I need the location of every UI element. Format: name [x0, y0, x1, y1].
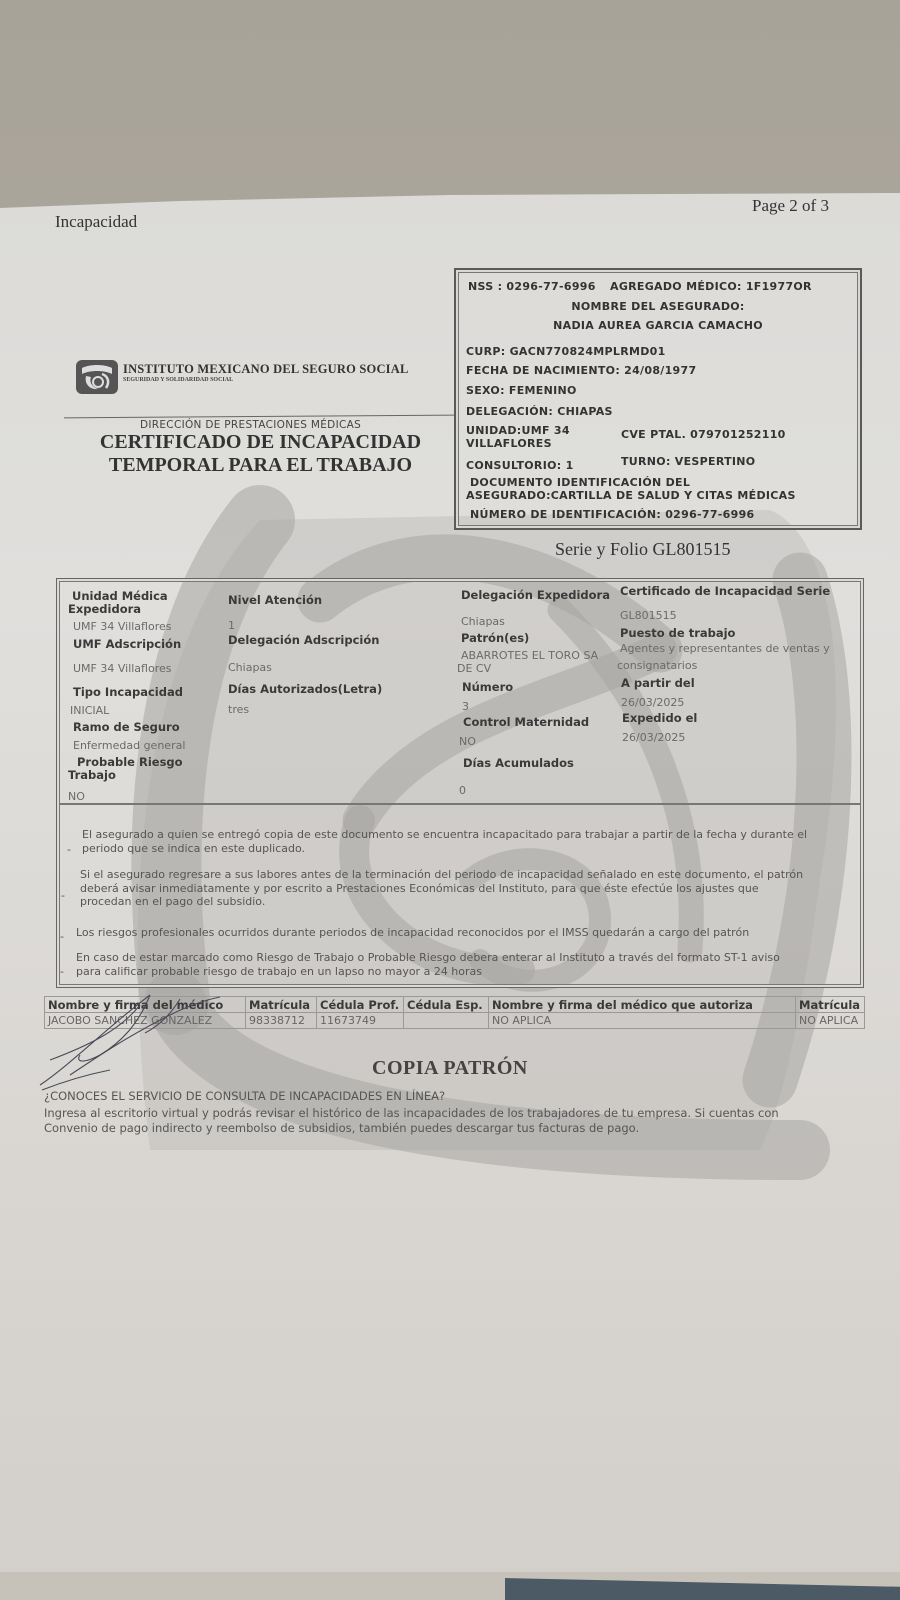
expedido-label: Expedido el	[622, 712, 697, 725]
delegacion-expedidora-label: Delegación Expedidora	[461, 589, 610, 602]
delegacion-expedidora-value: Chiapas	[461, 615, 505, 628]
note-2-line3: procedan en el pago del subsidio.	[80, 895, 803, 909]
institution-tagline: SEGURIDAD Y SOLIDARIDAD SOCIAL	[123, 377, 233, 383]
puesto-trabajo-label: Puesto de trabajo	[620, 627, 735, 640]
signature-table-row: JACOBO SANCHEZ GONZALEZ 98338712 1167374…	[45, 1013, 865, 1029]
institution-name: INSTITUTO MEXICANO DEL SEGURO SOCIAL	[123, 362, 409, 377]
puesto-trabajo-value-2: consignatarios	[617, 659, 697, 672]
background-surface	[0, 0, 900, 210]
sex: SEXO: FEMENINO	[466, 384, 577, 397]
bullet-dash: -	[67, 843, 71, 856]
doc-id-line2: ASEGURADO:CARTILLA DE SALUD Y CITAS MÉDI…	[466, 489, 796, 502]
delegacion-adscripcion-value: Chiapas	[228, 661, 272, 674]
header-physician-name: Nombre y firma del médico	[45, 997, 246, 1013]
insured-info-box: NSS : 0296-77-6996 AGREGADO MÉDICO: 1F19…	[454, 268, 862, 530]
insured-name: NADIA AUREA GARCIA CAMACHO	[456, 319, 860, 332]
online-service-question: ¿CONOCES EL SERVICIO DE CONSULTA DE INCA…	[44, 1089, 445, 1103]
physician-cedula-prof: 11673749	[317, 1013, 404, 1029]
physician-cedula-esp	[404, 1013, 489, 1029]
ramo-seguro-value: Enfermedad general	[73, 739, 185, 752]
control-maternidad-label: Control Maternidad	[463, 716, 589, 729]
certificado-serie-value: GL801515	[620, 609, 677, 622]
patron-value-1: ABARROTES EL TORO SA	[461, 649, 598, 662]
physician-matricula: 98338712	[246, 1013, 317, 1029]
unidad-medica-label: Unidad Médica Expedidora	[72, 590, 168, 616]
online-service-text-1: Ingresa al escritorio virtual y podrás r…	[44, 1106, 779, 1120]
physician-name: JACOBO SANCHEZ GONZALEZ	[45, 1013, 246, 1029]
note-2-line1: Si el asegurado regresare a sus labores …	[80, 868, 803, 882]
doc-id-line1: DOCUMENTO IDENTIFICACIÓN DEL	[470, 476, 690, 489]
note-2-line2: deberá avisar inmediatamente y por escri…	[80, 882, 803, 896]
cve-ptal: CVE PTAL. 079701252110	[621, 428, 786, 441]
page-number: Page 2 of 3	[752, 196, 829, 216]
note-4: En caso de estar marcado como Riesgo de …	[76, 951, 780, 978]
note-1-line1: El asegurado a quien se entregó copia de…	[82, 828, 807, 842]
direction-label: DIRECCIÓN DE PRESTACIONES MÉDICAS	[140, 419, 361, 431]
header-authorizing-physician: Nombre y firma del médico que autoriza	[489, 997, 796, 1013]
online-service-text-2: Convenio de pago indirecto y reembolso d…	[44, 1121, 639, 1135]
authorizer-matricula: NO APLICA	[796, 1013, 865, 1029]
dias-acumulados-value: 0	[459, 784, 466, 797]
note-2: Si el asegurado regresare a sus labores …	[80, 868, 803, 909]
unidad-medica-label-2: Expedidora	[68, 603, 168, 616]
copy-type-label: COPIA PATRÓN	[372, 1057, 528, 1080]
bullet-dash: -	[60, 965, 64, 978]
imss-logo-icon	[76, 360, 118, 394]
consultorio: CONSULTORIO: 1	[466, 459, 574, 472]
signature-table-header: Nombre y firma del médico Matrícula Cédu…	[45, 997, 865, 1013]
header-cedula-esp: Cédula Esp.	[404, 997, 489, 1013]
nivel-atencion-label: Nivel Atención	[228, 594, 322, 607]
certificado-serie-label: Certificado de Incapacidad Serie	[620, 585, 830, 598]
certificate-title-line2: TEMPORAL PARA EL TRABAJO	[98, 454, 423, 477]
expedido-value: 26/03/2025	[622, 731, 685, 744]
nss: NSS : 0296-77-6996	[468, 280, 596, 293]
delegation: DELEGACIÓN: CHIAPAS	[466, 405, 613, 418]
umf-adscripcion-value: UMF 34 Villaflores	[73, 662, 172, 675]
unit-line2: VILLAFLORES	[466, 437, 552, 450]
curp: CURP: GACN770824MPLRMD01	[466, 345, 666, 358]
puesto-trabajo-value-1: Agentes y representantes de ventas y	[620, 642, 830, 655]
note-1: El asegurado a quien se entregó copia de…	[82, 828, 807, 855]
a-partir-value: 26/03/2025	[621, 696, 684, 709]
dias-acumulados-label: Días Acumulados	[463, 757, 574, 770]
numero-value: 3	[462, 700, 469, 713]
bullet-dash: -	[60, 930, 64, 943]
header-matricula-authorizer: Matrícula	[796, 997, 865, 1013]
riesgo-trabajo-value: NO	[68, 790, 85, 803]
unit-line1: UNIDAD:UMF 34	[466, 424, 570, 437]
unidad-medica-value: UMF 34 Villaflores	[73, 620, 172, 633]
tipo-incapacidad-label: Tipo Incapacidad	[73, 686, 183, 699]
riesgo-trabajo-label-2: Trabajo	[68, 769, 183, 782]
bullet-dash: -	[61, 889, 65, 902]
control-maternidad-value: NO	[459, 735, 476, 748]
a-partir-label: A partir del	[621, 677, 695, 690]
numero-label: Número	[462, 681, 513, 694]
turno: TURNO: VESPERTINO	[621, 455, 755, 468]
agregado-medico: AGREGADO MÉDICO: 1F1977OR	[610, 280, 812, 293]
page-header-title: Incapacidad	[55, 212, 137, 232]
certificate-title-line1: CERTIFICADO DE INCAPACIDAD	[98, 431, 423, 454]
insured-name-label: NOMBRE DEL ASEGURADO:	[456, 300, 860, 313]
tipo-incapacidad-value: INICIAL	[70, 704, 109, 717]
certificate-title: CERTIFICADO DE INCAPACIDAD TEMPORAL PARA…	[98, 431, 423, 477]
note-4-line2: para calificar probable riesgo de trabaj…	[76, 965, 780, 979]
dias-autorizados-value: tres	[228, 703, 249, 716]
delegacion-adscripcion-label: Delegación Adscripción	[228, 634, 379, 647]
nivel-atencion-value: 1	[228, 619, 235, 632]
header-cedula-prof: Cédula Prof.	[317, 997, 404, 1013]
riesgo-trabajo-label: Probable Riesgo Trabajo	[68, 756, 183, 782]
header-matricula: Matrícula	[246, 997, 317, 1013]
ramo-seguro-label: Ramo de Seguro	[73, 721, 180, 734]
dias-autorizados-label: Días Autorizados(Letra)	[228, 683, 382, 696]
patron-label: Patrón(es)	[461, 632, 529, 645]
serie-folio: Serie y Folio GL801515	[555, 539, 731, 560]
patron-value-2: DE CV	[457, 662, 491, 675]
note-4-line1: En caso de estar marcado como Riesgo de …	[76, 951, 780, 965]
id-number: NÚMERO DE IDENTIFICACIÓN: 0296-77-6996	[470, 508, 754, 521]
birth-date: FECHA DE NACIMIENTO: 24/08/1977	[466, 364, 696, 377]
note-3: Los riesgos profesionales ocurridos dura…	[76, 926, 749, 940]
physician-signature-table: Nombre y firma del médico Matrícula Cédu…	[44, 996, 865, 1029]
note-1-line2: periodo que se indica en este duplicado.	[82, 842, 807, 856]
authorizer-name: NO APLICA	[489, 1013, 796, 1029]
umf-adscripcion-label: UMF Adscripción	[73, 638, 181, 651]
note-3-line1: Los riesgos profesionales ocurridos dura…	[76, 926, 749, 940]
section-divider	[60, 803, 860, 805]
